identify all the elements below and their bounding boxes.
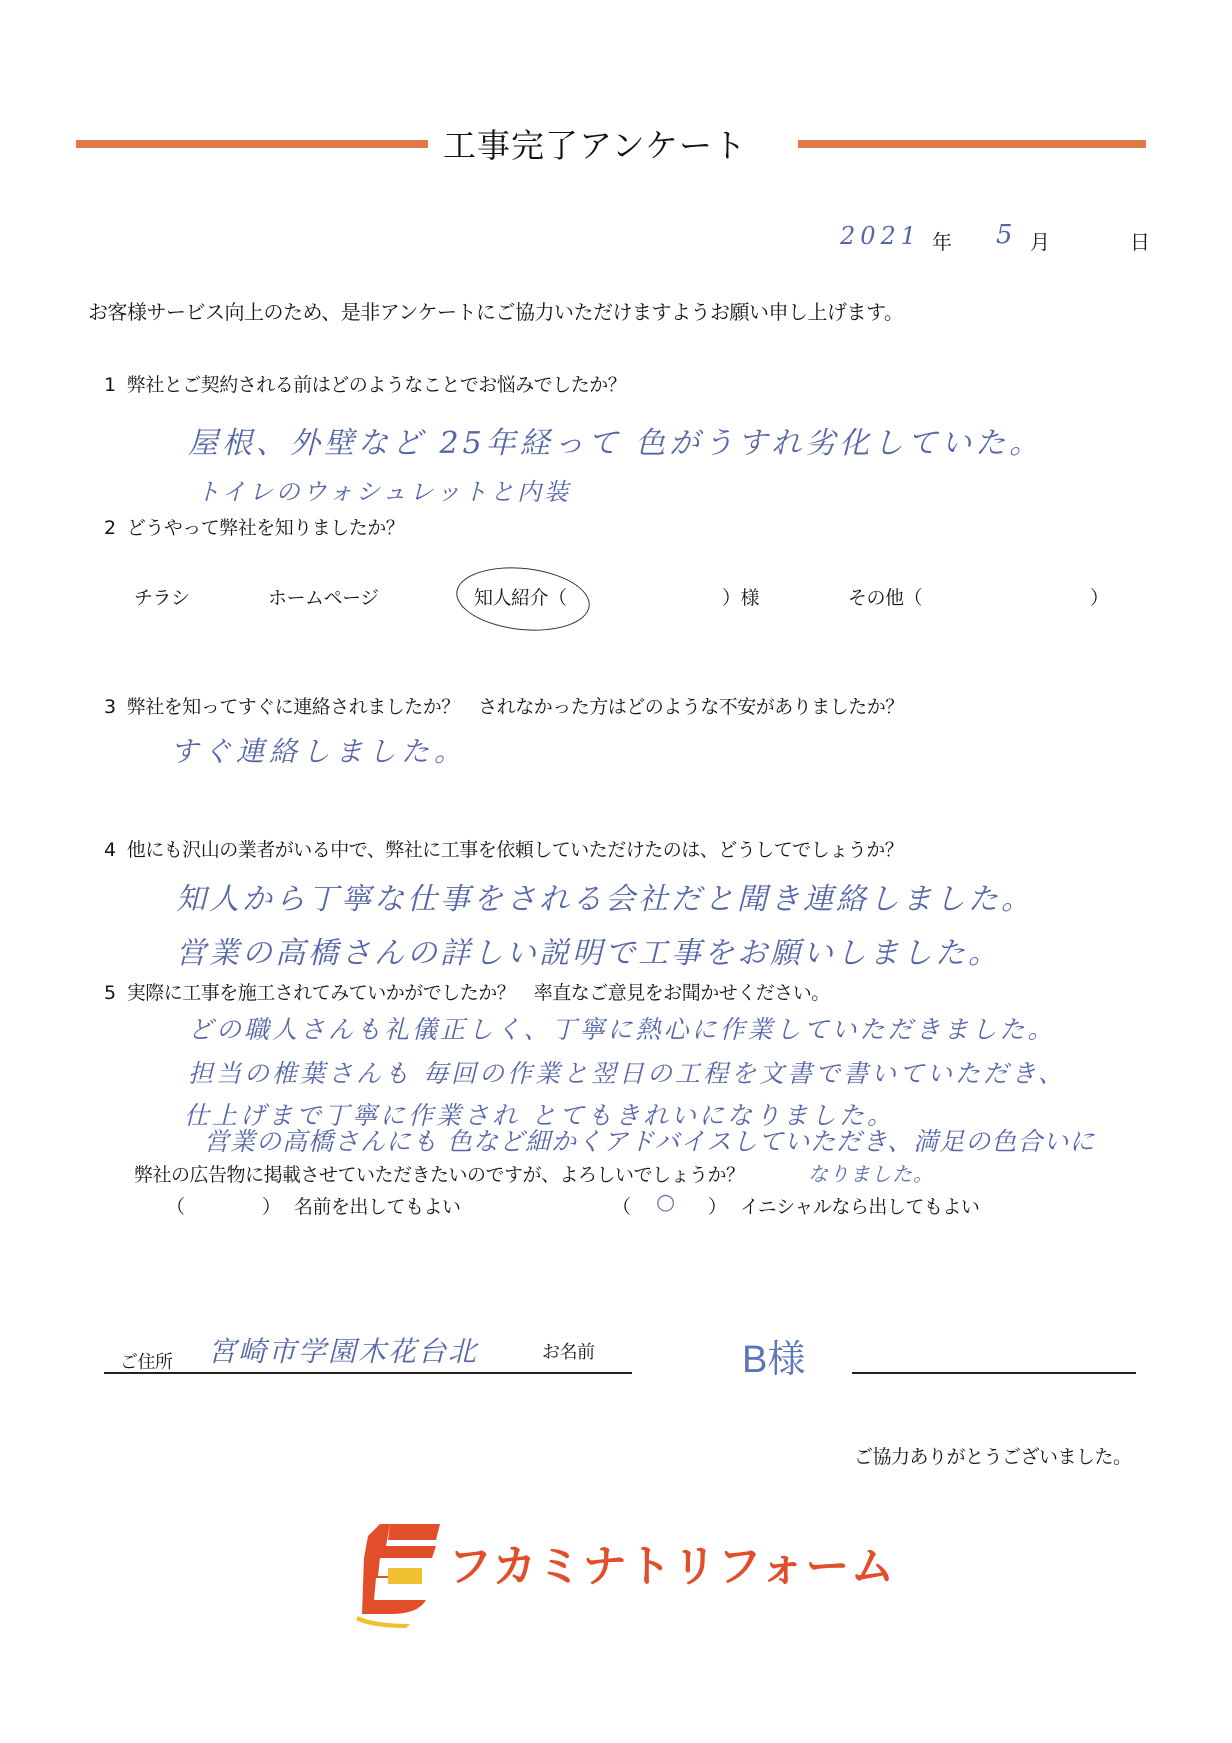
question-text: どうやって弊社を知りましたか？ [127,517,405,539]
intro-text: お客様サービス向上のため、是非アンケートにご協力いただけますようお願い申し上げま… [88,296,903,325]
company-name: フカミナトリフォーム [448,1530,895,1594]
address-value[interactable]: 宮崎市学園木花台北 [208,1330,478,1370]
question-5: 5 実際に工事を施工されてみていかがでしたか？ 率直なご意見をお聞かせください。 [104,978,830,1005]
question-text: 弊社を知ってすぐに連絡されましたか？ されなかった方はどのような不安がありました… [127,696,904,718]
question-number: 1 [104,374,116,396]
answer-5-line-1[interactable]: どの職人さんも礼儀正しく、丁寧に熱心に作業していただきました。 [188,1010,1056,1046]
name-underline [852,1372,1136,1374]
name-value[interactable]: B様 [742,1328,805,1383]
question-text: 弊社とご契約される前はどのようなことでお悩みでしたか？ [127,374,627,396]
question-2: 2 どうやって弊社を知りましたか？ [104,513,404,540]
date-year-label: 年 [932,226,952,255]
option-other[interactable]: その他（ [848,583,922,610]
date-month-value[interactable]: 5 [996,220,1016,250]
address-underline [104,1372,632,1374]
option-initial-mark[interactable]: ○ [656,1190,675,1215]
option-referral[interactable]: 知人紹介（ [474,583,567,610]
publication-question: 弊社の広告物に掲載させていただきたいのですが、よろしいでしょうか？ [134,1160,745,1187]
title-bar-left [76,140,428,148]
question-number: 5 [104,982,116,1004]
date-row: 2021 年 5 月 日 [840,220,1160,256]
question-number: 2 [104,517,116,539]
title-bar-right [798,140,1146,148]
answer-4-line-1[interactable]: 知人から丁寧な仕事をされる会社だと聞き連絡しました。 [176,874,1034,918]
question-4: 4 他にも沢山の業者がいる中で、弊社に工事を依頼していただけたのは、どうしてでし… [104,835,903,862]
answer-3-line-1[interactable]: すぐ連絡しました。 [170,730,467,770]
option-initial-paren-close: ） [708,1192,727,1219]
question-1: 1 弊社とご契約される前はどのようなことでお悩みでしたか？ [104,370,626,397]
answer-5-line-2[interactable]: 担当の椎葉さんも 毎回の作業と翌日の工程を文書で書いていただき、 [188,1054,1066,1090]
option-flyer[interactable]: チラシ [134,583,190,610]
answer-1-line-2[interactable]: トイレのウォシュレットと内装 [196,472,571,507]
question-text: 実際に工事を施工されてみていかがでしたか？ 率直なご意見をお聞かせください。 [127,982,830,1004]
answer-5-line-4[interactable]: 営業の高橋さんにも 色など細かくアドバイスしていただき、満足の色合いに [204,1122,1095,1158]
option-name-paren-open: （ [166,1192,185,1219]
date-year-value[interactable]: 2021 [840,222,921,250]
question-text: 他にも沢山の業者がいる中で、弊社に工事を依頼していただけたのは、どうしてでしょう… [127,839,904,861]
option-name-paren-close: ） [262,1192,281,1219]
option-name-label[interactable]: 名前を出してもよい [294,1192,461,1219]
answer-4-line-2[interactable]: 営業の高橋さんの詳しい説明で工事をお願いしました。 [176,928,1001,972]
address-label: ご住所 [120,1348,173,1374]
option-initial-paren-open: （ [612,1192,631,1219]
option-homepage[interactable]: ホームページ [268,583,379,610]
closing-text: ご協力ありがとうございました。 [854,1442,1132,1469]
date-day-label: 日 [1130,226,1150,255]
option-referral-suffix: ）様 [722,583,759,610]
answer-1-line-1[interactable]: 屋根、外壁など 25年経って 色がうすれ劣化していた。 [188,418,1043,462]
page-title: 工事完了アンケート [443,120,747,167]
question-3: 3 弊社を知ってすぐに連絡されましたか？ されなかった方はどのような不安がありま… [104,692,904,719]
option-initial-label[interactable]: イニシャルなら出してもよい [740,1192,979,1219]
question-number: 4 [104,839,116,861]
company-logo-icon [350,1518,445,1628]
question-number: 3 [104,696,116,718]
option-other-suffix: ） [1090,583,1109,610]
name-label: お名前 [542,1338,595,1364]
date-month-label: 月 [1030,226,1050,255]
answer-5-line-5[interactable]: なりました。 [808,1158,934,1187]
